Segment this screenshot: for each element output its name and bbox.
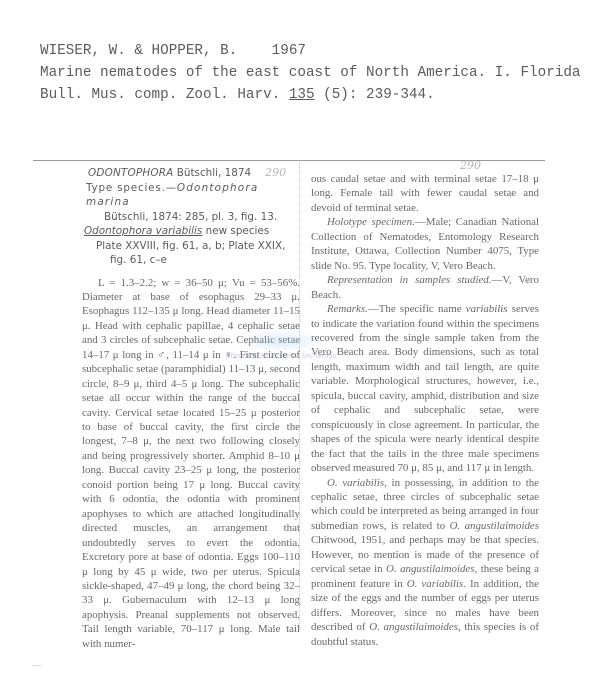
citation-journal: Bull. Mus. comp. Zool. Harv. <box>40 87 289 103</box>
watermark-url: http://intramar.ugent.be/nemys <box>226 352 336 360</box>
species-name: O. angustilaimoides <box>450 520 539 532</box>
genus-author: Bütschli, 1874 <box>173 167 251 179</box>
new-species-label: new species <box>202 225 269 237</box>
comparison-paragraph: O. variabilis, in possessing, in additio… <box>311 476 539 649</box>
type-species-reference: Bütschli, 1874: 285, pl. 3, fig. 13. <box>82 210 300 225</box>
left-column: ODONTOPHORA Bütschli, 1874290 Type speci… <box>82 166 300 651</box>
bibliographic-citation: WIESER, W. & HOPPER, B. 1967 Marine nema… <box>40 40 581 106</box>
citation-year: 1967 <box>272 43 306 59</box>
watermark-logo: http://intramar.ugent.be/nemys <box>226 328 346 368</box>
species-name: O. angustilaimoides <box>386 563 474 575</box>
remarks-text: —The specific name <box>368 303 466 315</box>
species-name: O. angustilaimoides <box>369 621 458 633</box>
watermark-icon <box>236 330 326 352</box>
scan-mark <box>32 665 41 666</box>
representation-label: Representation in samples studied. <box>327 274 491 286</box>
representation-paragraph: Representation in samples studied.—V, Ve… <box>311 273 539 302</box>
citation-title: Marine nematodes of the east coast of No… <box>40 65 581 81</box>
handwritten-page-mark: 290 <box>265 166 286 179</box>
right-column: 290 ous caudal setae and with terminal s… <box>311 166 539 649</box>
remarks-label: Remarks. <box>327 303 368 315</box>
citation-issue-pages: (5): 239-344. <box>315 87 435 103</box>
citation-volume: 135 <box>289 87 315 103</box>
new-species-name: Odontophora variabilis <box>84 225 202 237</box>
species-name: O. variabilis <box>407 578 463 590</box>
species-name: O. variabilis <box>327 477 384 489</box>
genus-name: ODONTOPHORA <box>88 167 173 179</box>
holotype-paragraph: Holotype specimen.—Male; Canadian Nation… <box>311 215 539 273</box>
citation-authors: WIESER, W. & HOPPER, B. <box>40 43 237 59</box>
type-species-label: Type species.— <box>86 182 177 194</box>
plates-reference-1: Plate XXVIII, fig. 61, a, b; Plate XXIX, <box>82 239 300 254</box>
handwritten-page-mark-right: 290 <box>325 160 539 172</box>
genus-heading: ODONTOPHORA Bütschli, 1874290 <box>88 166 300 181</box>
type-species-line: Type species.—Odontophora marina <box>86 181 300 210</box>
description-continuation: ous caudal setae and with terminal setae… <box>311 172 539 215</box>
new-species-heading: Odontophora variabilis new species <box>84 224 300 239</box>
holotype-label: Holotype specimen. <box>327 216 415 228</box>
plates-reference-2: fig. 61, c–e <box>82 253 300 268</box>
remarks-species-epithet: variabilis <box>466 303 508 315</box>
